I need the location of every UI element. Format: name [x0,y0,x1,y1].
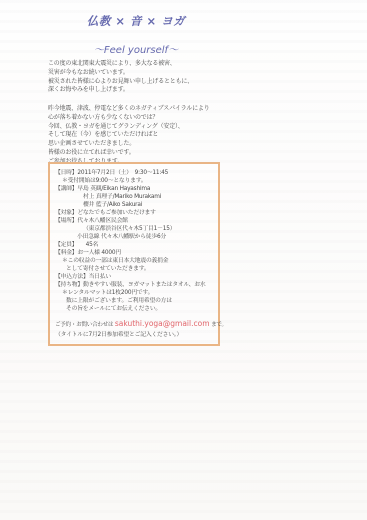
contact-suffix: まで。 [210,322,227,328]
contact-line: ご予約・お問い合わせは sakuthi.yoga@gmail.com まで。 [55,320,218,329]
detail-line-price: 【料金】お一人様 4000円 [55,249,218,257]
detail-line-application: 【申込方法】当日払い [55,273,218,281]
contact-email: sakuthi.yoga@gmail.com [115,319,210,328]
intro-line: 思い企画させていただきました。 [48,140,210,149]
detail-line-belongings: 【持ち物】動きやすい服装、ヨガマットまたはタオル、お水 [55,281,218,289]
detail-line-audience: 【対象】どなたでもご参加いただけます [55,209,218,217]
detail-line-instructor: 【講師】早島 英観/Eikan Hayashima [55,185,218,193]
detail-line-rental: 数に上限がございます。ご利用希望の方は [55,297,218,305]
event-details-box: 【日時】2011年7月2日（土） 9:30～11:45 ＊受付開始は9:00～と… [48,162,220,346]
intro-line: 昨今地震、津波、停電など多くのネガティブスパイラルにより [48,105,210,114]
contact-note: （タイトルに7月2日参加希望とご記入ください。） [55,331,218,339]
detail-line-donation: として寄付させていただきます。 [55,265,218,273]
intro-line: 心が落ち着かない方も少なくないのでは？ [48,114,210,123]
intro-line: この度の東北関東大震災により、多大なる被害、 [48,60,193,69]
flyer-header: 仏教 × 音 × ヨガ ～Feel yourself～ [0,13,272,56]
intro-line: そして現在（今）を感じていただければと [48,131,210,140]
detail-line-datetime: 【日時】2011年7月2日（土） 9:30～11:45 [55,169,218,177]
detail-line-instructor: 村上 真理子/Mariko Murakami [55,193,218,201]
intro-paragraph-condolence: この度の東北関東大震災により、多大なる被害、 災害が今もなお続いています。 被災… [48,60,193,95]
detail-line-reception: ＊受付開始は9:00～となります。 [55,177,218,185]
flyer-page: 仏教 × 音 × ヨガ ～Feel yourself～ この度の東北関東大震災に… [0,0,367,520]
detail-line-donation: ＊この収益の一部は東日本大地震の義捐金 [55,257,218,265]
intro-line: 皆様のお役に立てれば幸いです。 [48,149,210,158]
detail-line-venue: 【場所】代々木八幡区民会館 [55,217,218,225]
intro-paragraph-purpose: 昨今地震、津波、停電など多くのネガティブスパイラルにより 心が落ち着かない方も少… [48,105,210,167]
detail-line-rental: その旨をメールにてお伝えください。 [55,305,218,313]
detail-line-instructor: 櫻井 藍子/Aiko Sakurai [55,201,218,209]
detail-line-capacity: 【定員】 45名 [55,241,218,249]
detail-line-address: （東京都渋谷区代々木5丁目1－15） [55,225,218,233]
page-subtitle: ～Feel yourself～ [0,41,272,56]
contact-prefix: ご予約・お問い合わせは [55,322,115,328]
intro-line: 災害が今もなお続いています。 [48,69,193,78]
page-title: 仏教 × 音 × ヨガ [0,13,272,29]
detail-line-rental: ＊レンタルマットは1枚200円です。 [55,289,218,297]
detail-line-access: 小田急線 代々木八幡駅から徒歩6分 [55,233,218,241]
intro-line: 深くお悔やみを申し上げます。 [48,86,193,95]
